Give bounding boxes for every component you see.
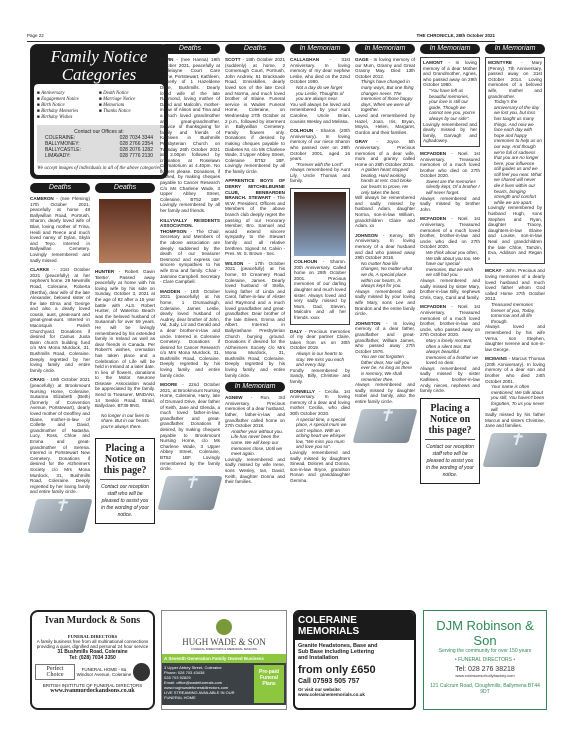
crest-icon <box>133 663 150 681</box>
notice: MOORE - 22nd October 2021, at Brookmount… <box>160 382 220 472</box>
paper-title: THE CHRONICLE, 28th October 2021 <box>416 33 495 38</box>
contact-offices: Contact our Offices at: COLERAINE:028 70… <box>37 125 161 163</box>
category-item: Birthday Wishes <box>37 115 99 121</box>
notice: MCINTYRE - Mary (Penny). 7th Anniversary… <box>485 57 545 264</box>
section-header-memoriam: In Memoriam <box>485 44 545 54</box>
placing-notice-box: Placing a Notice on this page? Contact o… <box>95 438 155 524</box>
section-header-memoriam: In Memoriam <box>355 44 415 54</box>
memoriam-column-8: In Memoriam MCINTYRE - Mary (Penny). 7th… <box>485 44 545 471</box>
section-header-deaths: Deaths <box>225 44 285 54</box>
notice: DALY - Precious memories of my dear part… <box>290 329 350 385</box>
notice: HUNTER - Robert Gavin 'Bertie'. Passed a… <box>95 269 155 409</box>
ad-djm-robinson[interactable]: DJM Robinson & Son Serving the community… <box>423 610 547 710</box>
notice: KILLYVALLY RESIDENTS ASSOCIATION. THOMPS… <box>160 218 220 285</box>
deaths-column-2: Deaths HUNTER - Robert Gavin 'Bertie'. P… <box>95 183 155 524</box>
notice: MADDEN - 18th October 2021 (peacefully) … <box>160 289 220 379</box>
placing-notice-box: Placing a Notice on this page? Contact o… <box>420 398 480 484</box>
memoriam-column-5: In Memoriam CALLAGHAN - 31st Anniversary… <box>290 44 350 488</box>
notice: CRAIG - 19th October 2021 (peacefully) a… <box>30 377 90 494</box>
family-notices-box: Family Notice Categories Anniversary Dea… <box>30 44 168 179</box>
page-number: Page 22 <box>27 33 44 38</box>
section-header-deaths: Deaths <box>160 44 220 54</box>
notice: GAGE - In loving memory of our Mum, Gran… <box>355 57 415 135</box>
memoriam-column-7: In Memoriam LAMONT - In loving memory of… <box>420 44 480 484</box>
column-1: Family Notice Categories Anniversary Dea… <box>30 44 168 179</box>
deaths-column-3: Deaths IRWIN - (nee Hanna) 19th October … <box>160 44 220 514</box>
notice: APPRENTICE BOYS OF DERRY MITCHELBURNE CL… <box>225 178 285 256</box>
notice: SCOTT - 18th October 2021 (suddenly) at … <box>225 57 285 174</box>
notice: LAMONT - In loving memory of a dear Moth… <box>420 57 480 147</box>
notice: COLHOUN - Sharon. (20th Anniversary). In… <box>290 128 350 184</box>
notice: JOHNSON - Kenny. 5th Anniversary. In lov… <box>355 233 415 317</box>
bible-icon <box>157 476 222 510</box>
notice: AGNEW - Ron. 3rd Anniversary. Precious m… <box>225 395 285 485</box>
deaths-column-4: Deaths SCOTT - 18th October 2021 (sudden… <box>225 44 285 489</box>
notice: MCFADDEN - Noel. 1st Anniversary. Treasu… <box>420 304 480 394</box>
section-header-deaths: Deaths <box>30 183 90 193</box>
ad-ivan-murdock[interactable]: Ivan Murdock & Sons FUNERAL DIRECTORS A … <box>30 610 155 710</box>
ad-coleraine-memorials[interactable]: COLERAINE MEMORIALS Granite Headstones, … <box>293 610 416 710</box>
bible-icon <box>27 499 92 533</box>
bible-icon <box>352 409 417 443</box>
category-item: Thanks Notice <box>99 109 161 115</box>
office-name: LIMAVADY: <box>45 153 71 159</box>
notice: MCFADDEN - Noel. 1st Anniversary. Treasu… <box>420 216 480 300</box>
section-header-memoriam: In Memoriam <box>290 44 350 54</box>
notice: JOHNSTON - In loving memory of a dear fa… <box>355 321 415 405</box>
family-notices-subtitle: Categories <box>34 66 164 84</box>
section-header-memoriam: In Memoriam <box>225 382 285 392</box>
memoriam-column-6: In Memoriam GAGE - In loving memory of o… <box>355 44 415 447</box>
section-header-deaths: Deaths <box>95 183 155 193</box>
office-phone: 028 7776 2130 <box>120 153 153 159</box>
bible-icon <box>482 433 547 467</box>
notice: MCMAINS - Marcus Thomas (20th Anniversar… <box>485 356 545 429</box>
category-list: Anniversary Death Notice Engagement Noti… <box>37 91 161 121</box>
notice: CLARKE - 21st October 2021 (peacefully) … <box>30 267 90 373</box>
accept-images-note: We accept images of individuals in all o… <box>37 166 161 172</box>
notice-with-photo: COLHOUN - Sharon. 20th Anniversary. Call… <box>290 188 350 325</box>
deceased-photo <box>99 199 151 263</box>
notice: WILSON - 17th October 2021 (peacefully) … <box>225 261 285 378</box>
section-header-memoriam: In Memoriam <box>420 44 480 54</box>
notice: GRAY - Joyce. 5th Anniversary. Precious … <box>355 139 415 229</box>
wade-logo-icon <box>216 619 232 635</box>
deaths-column-1: Deaths CAMERON - (nee Fleming) 17th Octo… <box>30 183 90 537</box>
page-header: Page 22 THE CHRONICLE, 28th October 2021 <box>27 31 495 42</box>
notice: MCKAY - John. Precious and loving memori… <box>485 268 545 352</box>
notice: DONNELLY - Cecilia. 1st Anniversary. In … <box>290 389 350 484</box>
family-notices-title: Family Notice <box>34 48 164 66</box>
memorial-photo <box>294 192 346 256</box>
notice: CALLAGHAN - 31st Anniversary. In loving … <box>290 57 350 124</box>
notice: CAMERON - (nee Fleming) 17th October 202… <box>30 196 90 263</box>
poem: No longer in our lives to share. But in … <box>95 413 155 430</box>
ad-hugh-wade[interactable]: HUGH WADE & SON FUNERAL DIRECTORS & MEMO… <box>161 610 287 710</box>
notice: MCFADDEN - Noel. 1st Anniversary. Treasu… <box>420 151 480 213</box>
notice: IRWIN - (nee Hanna) 19th October 2021, p… <box>160 57 220 214</box>
